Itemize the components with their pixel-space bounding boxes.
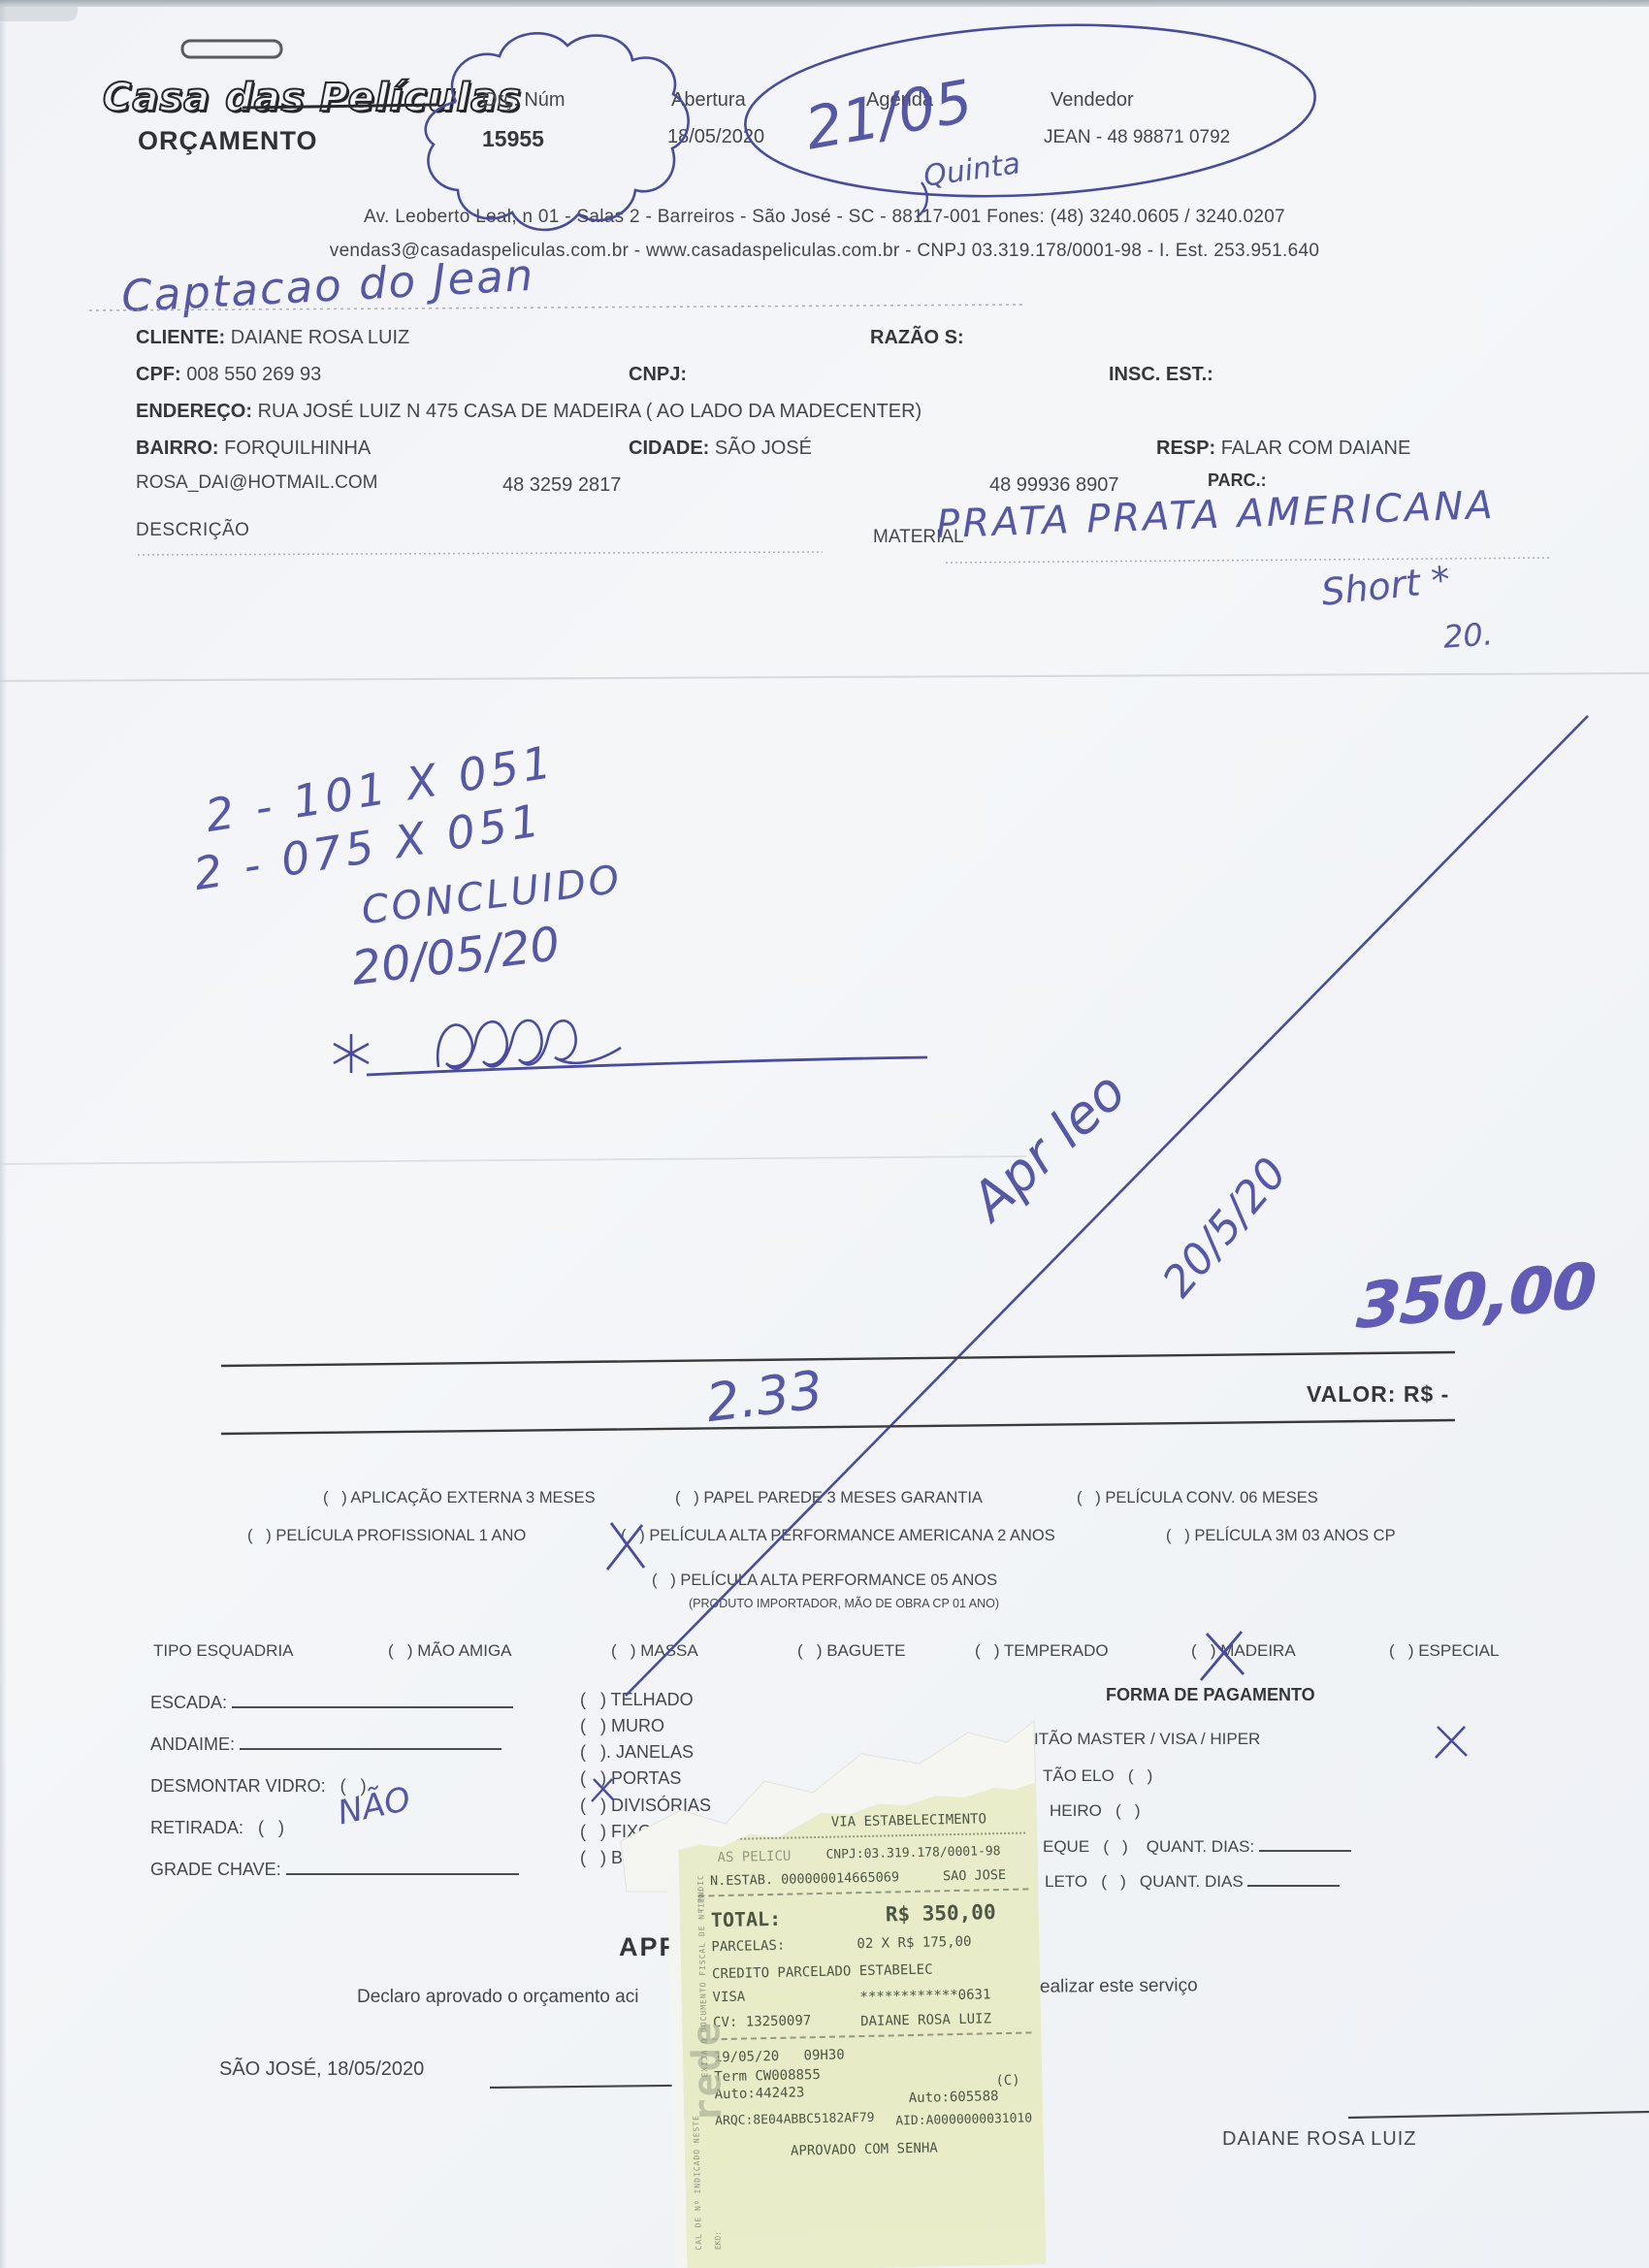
card-receipt: VIA ESTABELECIMENTO AS PELICU CNPJ:03.31…	[677, 1779, 1046, 2268]
receipt-via: VIA ESTABELECIMENTO	[831, 1811, 986, 1830]
receipt-card-brand: VISA	[712, 1990, 745, 2006]
receipt-parcelas-label: PARCELAS:	[711, 1938, 785, 1956]
receipt-arqc: ARQC:8E04ABBC5182AF79	[715, 2111, 875, 2128]
receipt-holder-name: DAIANE ROSA LUIZ	[860, 2011, 991, 2029]
scan-top-edge	[0, 0, 1649, 7]
receipt-auto2: Auto:605588	[909, 2089, 999, 2106]
receipt-city: SAO JOSE	[943, 1867, 1006, 1884]
receipt-datetime: 19/05/20 09H30	[714, 2047, 845, 2065]
receipt-estab-number: N.ESTAB. 000000014665069	[710, 1869, 899, 1889]
receipt-card-masked: ************0631	[859, 1987, 990, 2005]
receipt-cnpj: CNPJ:03.319.178/0001-98	[825, 1844, 1000, 1863]
receipt-parcelas-value: 02 X R$ 175,00	[857, 1934, 971, 1952]
receipt-credit-type: CREDITO PARCELADO ESTABELEC	[712, 1962, 933, 1983]
receipt-separator-3	[701, 2031, 1031, 2040]
receipt-total-value: R$ 350,00	[886, 1900, 996, 1926]
receipt-side-text-4: EKO:	[714, 2231, 723, 2250]
receipt-c-mark: (C)	[995, 2073, 1020, 2090]
receipt-side-text-2: CAL DE Nº INDICADO NESTE	[692, 2115, 703, 2251]
receipt-side-text-3: TIPO:	[696, 1889, 706, 1912]
receipt-aid: AID:A0000000031010	[895, 2111, 1032, 2128]
receipt-total-label: TOTAL:	[711, 1907, 782, 1932]
receipt-merchant-fragment: AS PELICU	[717, 1849, 791, 1866]
receipt-approved-text: APROVADO COM SENHA	[685, 2138, 1044, 2161]
receipt-separator-2	[698, 1888, 1028, 1896]
scanned-budget-document: Casa das Películas ORÇAMENTO Orç. Núm 15…	[0, 0, 1649, 2268]
receipt-terminal: Term CW008855	[714, 2067, 821, 2085]
